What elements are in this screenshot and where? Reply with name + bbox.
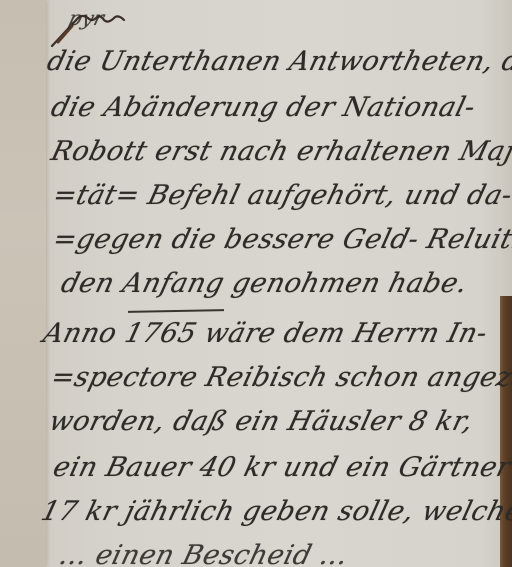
manuscript-line-6: =gegen die bessere Geld- Reluition bbox=[50, 224, 512, 255]
manuscript-line-2: die Unterthanen Antwortheten, daß bbox=[44, 46, 512, 77]
manuscript-line-10: worden, daß ein Häusler 8 kr, bbox=[46, 406, 477, 437]
underline-anfang bbox=[128, 309, 224, 313]
manuscript-line-3: die Abänderung der National- bbox=[48, 92, 479, 123]
manuscript-line-13: ... einen Bescheid ... bbox=[56, 540, 351, 567]
manuscript-line-11: ein Bauer 40 kr und ein Gärtner bbox=[50, 452, 512, 483]
manuscript-line-12: 17 kr jährlich geben solle, welchen bbox=[38, 496, 512, 527]
manuscript-line-1: pyr bbox=[66, 6, 107, 30]
manuscript-line-9: =spectore Reibisch schon angezeigt bbox=[48, 362, 512, 393]
manuscript-line-5: =tät= Befehl aufgehört, und da- bbox=[50, 180, 512, 211]
handwritten-text-block: pyr die Unterthanen Antwortheten, daß di… bbox=[0, 0, 512, 567]
manuscript-photo: pyr die Unterthanen Antwortheten, daß di… bbox=[0, 0, 512, 567]
manuscript-line-8: Anno 1765 wäre dem Herrn In- bbox=[40, 318, 491, 349]
manuscript-line-4: Robott erst nach erhaltenen Majes- bbox=[48, 136, 512, 167]
manuscript-line-7: den Anfang genohmen habe. bbox=[58, 268, 471, 299]
